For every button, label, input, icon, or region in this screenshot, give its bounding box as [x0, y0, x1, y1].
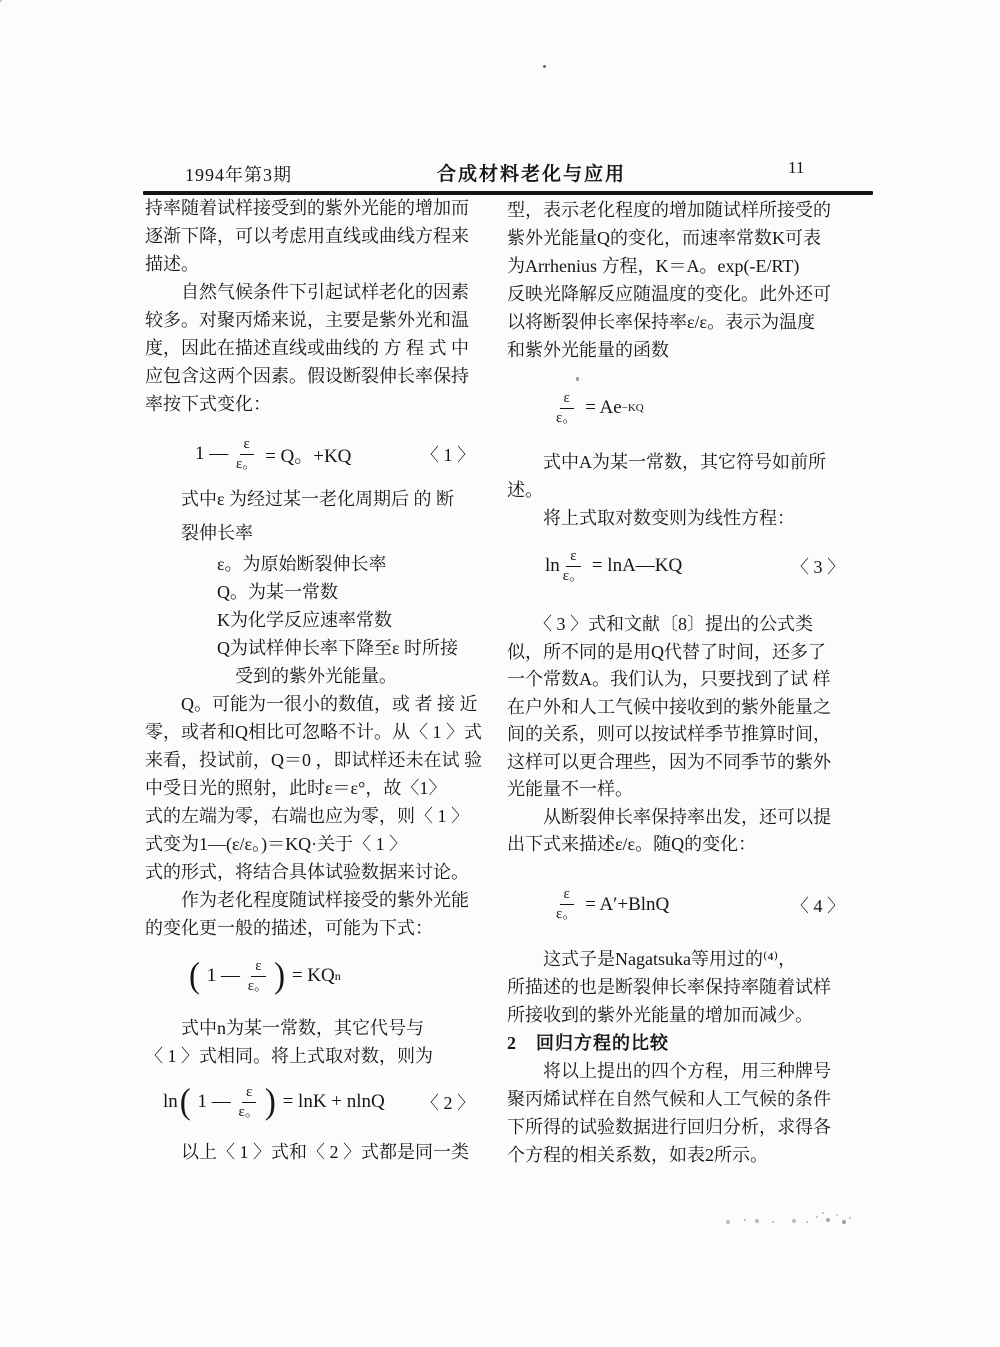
scan-speck — [576, 377, 579, 381]
fraction-denominator: ε。 — [563, 567, 584, 585]
eq1-where-paragraph: 式中ε 为经过某一老化周期后 的 断裂伸长率 — [181, 482, 503, 550]
text-line: 〈 3 〉式和文献〔8〕提出的公式类 — [507, 611, 873, 639]
nagatsuka-paragraph: 这式子是Nagatsuka等用过的⁽⁴⁾，所描述的也是断裂伸长率保持率随着试样所… — [507, 945, 873, 1029]
eqexp-exponent: −KQ — [622, 402, 644, 414]
equation-2-tag: 〈 2 〉 — [421, 1089, 503, 1115]
text-line: 受到的紫外光能量。 — [217, 662, 503, 690]
text-line: 〈 1 〉式相同。将上式取对数，则为 — [145, 1042, 503, 1070]
fraction: ε ε。 — [556, 886, 577, 923]
text-line: 反映光降解反应随温度的变化。此外还可 — [507, 280, 873, 308]
text-line: 光能量不一样。 — [507, 776, 873, 804]
text-line: 来看，投试前，Q＝0 ，即试样还未在试 验 — [145, 746, 503, 774]
text-line: 式中ε 为经过某一老化周期后 的 断 — [181, 482, 503, 516]
text-line: 的变化更一般的描述，可能为下式： — [145, 914, 503, 942]
eqn-lead: 1 — — [202, 965, 245, 987]
text-line: 作为老化程度随试样接受的紫外光能 — [145, 886, 503, 914]
fraction: ε ε。 — [236, 436, 257, 473]
eq1-lead: 1 — — [195, 443, 233, 465]
header-journal-title: 合成材料老化与应用 — [437, 159, 626, 186]
text-line: 一个常数A。我们认为，只要找到了试 样 — [507, 666, 873, 694]
eq3-rhs: = lnA—KQ — [587, 555, 682, 577]
text-line: 较多。对聚丙烯来说，主要是紫外光和温 — [145, 306, 503, 334]
section-heading: 2 回归方程的比较 — [507, 1029, 873, 1057]
scan-speckles — [0, 0, 2, 2]
text-line: Q。为某一常数 — [217, 578, 503, 606]
fraction-numerator: ε — [251, 958, 265, 977]
eq4-rhs: = A′+BlnQ — [580, 894, 669, 916]
fraction-numerator: ε — [240, 436, 254, 455]
header-page-number: 11 — [788, 158, 804, 178]
text-line: 式中A为某一常数，其它符号如前所 — [507, 448, 873, 476]
text-line: 零，或者和Q相比可忽略不计。从〈 1 〉式 — [145, 718, 503, 746]
text-line: 为Arrhenius 方程，K＝A。exp(-E/RT) — [507, 252, 873, 280]
fraction: ε ε。 — [239, 1084, 260, 1121]
right-paren: ) — [274, 956, 285, 996]
left-column: 持率随着试样接受到的紫外光能的增加而逐渐下降，可以考虑用直线或曲线方程来描述。 … — [145, 194, 503, 1166]
fraction-numerator: ε — [560, 886, 574, 905]
text-line: 出下式来描述ε/ε。随Q的变化： — [507, 831, 873, 859]
text-line: 应包含这两个因素。假设断裂伸长率保持 — [145, 362, 503, 390]
eqn-rhs: = KQ — [287, 965, 335, 987]
fraction-denominator: ε。 — [239, 1103, 260, 1121]
text-line: 持率随着试样接受到的紫外光能的增加而 — [145, 194, 503, 222]
text-line: ε。为原始断裂伸长率 — [217, 550, 503, 578]
text-line: 聚丙烯试样在自然气候和人工气候的条件 — [507, 1085, 873, 1113]
text-line: 式的左端为零，右端也应为零，则〈 1 〉 — [145, 802, 503, 830]
text-line: 和紫外光能量的函数 — [507, 336, 873, 364]
eqn-exponent: n — [335, 969, 341, 984]
equation-power-law: ( 1 — ε ε。 ) = KQ n — [187, 948, 503, 1004]
fraction-denominator: ε。 — [556, 905, 577, 923]
left-discussion-paragraph: Q。可能为一很小的数值，或 者 接 近零，或者和Q相比可忽略不计。从〈 1 〉式… — [145, 690, 503, 942]
text-line: 从断裂伸长率保持率出发，还可以提 — [507, 804, 873, 832]
left-closing-line: 以上〈 1 〉式和〈 2 〉式都是同一类 — [145, 1138, 503, 1166]
regression-paragraph: 将以上提出的四个方程，用三种牌号聚丙烯试样在自然气候和人工气候的条件下所得的试验… — [507, 1057, 873, 1169]
text-line: 这式子是Nagatsuka等用过的⁽⁴⁾， — [507, 945, 873, 973]
ln-operator: ln — [163, 1091, 178, 1113]
fraction: ε ε。 — [248, 958, 269, 995]
equation-3: ln ε ε。 = lnA—KQ 〈 3 〉 — [545, 538, 873, 594]
text-line: 度，因此在描述直线或曲线的 方 程 式 中 — [145, 334, 503, 362]
text-line: 逐渐下降，可以考虑用直线或曲线方程来 — [145, 222, 503, 250]
text-line: 描述。 — [145, 250, 503, 278]
eq2-rhs: = lnK + nlnQ — [278, 1091, 385, 1113]
right-column: 型，表示老化程度的增加随试样所接受的紫外光能量Q的变化，而速率常数K可表为Arr… — [507, 196, 873, 1169]
right-discussion-paragraph: 〈 3 〉式和文献〔8〕提出的公式类似，所不同的是用Q代替了时间，还多了一个常数… — [507, 611, 873, 859]
ln-operator: ln — [545, 555, 560, 577]
left-paren: ( — [180, 1082, 191, 1122]
fraction-numerator: ε — [242, 1084, 256, 1103]
equation-1: 1 — ε ε。 = Q。+KQ 〈 1 〉 — [195, 426, 503, 482]
equation-1-tag: 〈 1 〉 — [421, 441, 503, 467]
text-line: Q。可能为一很小的数值，或 者 接 近 — [145, 690, 503, 718]
right-intro-paragraph: 型，表示老化程度的增加随试样所接受的紫外光能量Q的变化，而速率常数K可表为Arr… — [507, 196, 873, 364]
text-line: 下所得的试验数据进行回归分析，求得各 — [507, 1113, 873, 1141]
text-line: 率按下式变化： — [145, 390, 503, 418]
text-line: 将以上提出的四个方程，用三种牌号 — [507, 1057, 873, 1085]
text-line: 型，表示老化程度的增加随试样所接受的 — [507, 196, 873, 224]
text-line: 这样可以更合理些，因为不同季节的紫外 — [507, 749, 873, 777]
text-line: 式中n为某一常数，其它代号与 — [145, 1014, 503, 1042]
text-line: 自然气候条件下引起试样老化的因素 — [145, 278, 503, 306]
equation-4-tag: 〈 4 〉 — [791, 892, 873, 918]
text-line: 裂伸长率 — [181, 516, 503, 550]
fraction-denominator: ε。 — [248, 977, 269, 995]
header-issue: 1994年第3期 — [185, 161, 292, 187]
text-line: 间的关系，则可以按试样季节推算时间， — [507, 721, 873, 749]
text-line: 在户外和人工气候中接收到的紫外能量之 — [507, 694, 873, 722]
symbol-definitions: ε。为原始断裂伸长率Q。为某一常数K为化学反应速率常数Q为试样伸长率下降至ε 时… — [217, 550, 503, 690]
text-line: K为化学反应速率常数 — [217, 606, 503, 634]
eq2-lead: 1 — — [193, 1091, 236, 1113]
journal-page: 1994年第3期 合成材料老化与应用 11 持率随着试样接受到的紫外光能的增加而… — [0, 0, 1000, 1347]
fraction-numerator: ε — [566, 548, 580, 567]
eqexp-rhs: = Ae — [580, 397, 621, 419]
text-line: 述。 — [507, 476, 873, 504]
text-line: 个方程的相关系数，如表2所示。 — [507, 1141, 873, 1169]
fraction-denominator: ε。 — [236, 455, 257, 473]
equation-3-tag: 〈 3 〉 — [791, 553, 873, 579]
fraction-numerator: ε — [560, 390, 574, 409]
text-line: 中受日光的照射，此时ε＝ε°，故〈1〉 — [145, 774, 503, 802]
left-intro-paragraph: 持率随着试样接受到的紫外光能的增加而逐渐下降，可以考虑用直线或曲线方程来描述。 … — [145, 194, 503, 418]
text-line: 以将断裂伸长率保持率ε/ε。表示为温度 — [507, 308, 873, 336]
text-line: 将上式取对数变则为线性方程： — [507, 504, 873, 532]
equation-4: ε ε。 = A′+BlnQ 〈 4 〉 — [553, 877, 873, 933]
text-line: 式的形式，将结合具体试验数据来讨论。 — [145, 858, 503, 886]
text-line: 式变为1—(ε/ε。)＝KQ·关于〈 1 〉 — [145, 830, 503, 858]
fraction: ε ε。 — [556, 390, 577, 427]
right-paren: ) — [265, 1082, 276, 1122]
text-line: Q为试样伸长率下降至ε 时所接 — [217, 634, 503, 662]
text-line: 似，所不同的是用Q代替了时间，还多了 — [507, 639, 873, 667]
eq1-rhs: = Q。+KQ — [260, 441, 351, 468]
equation-2: ln ( 1 — ε ε。 ) = lnK + nlnQ 〈 2 〉 — [163, 1074, 503, 1130]
text-line: 所接收到的紫外光能量的增加而减少。 — [507, 1001, 873, 1029]
fraction: ε ε。 — [563, 548, 584, 585]
left-paren: ( — [189, 956, 200, 996]
fraction-denominator: ε。 — [556, 409, 577, 427]
eqexp-where-paragraph: 式中A为某一常数，其它符号如前所述。 将上式取对数变则为线性方程： — [507, 448, 873, 532]
equation-exponential: ε ε。 = Ae −KQ — [553, 380, 873, 436]
text-line: 紫外光能量Q的变化，而速率常数K可表 — [507, 224, 873, 252]
text-line: 以上〈 1 〉式和〈 2 〉式都是同一类 — [145, 1138, 503, 1166]
scan-speck — [543, 65, 546, 68]
text-line: 所描述的也是断裂伸长率保持率随着试样 — [507, 973, 873, 1001]
left-note-paragraph: 式中n为某一常数，其它代号与〈 1 〉式相同。将上式取对数，则为 — [145, 1014, 503, 1070]
